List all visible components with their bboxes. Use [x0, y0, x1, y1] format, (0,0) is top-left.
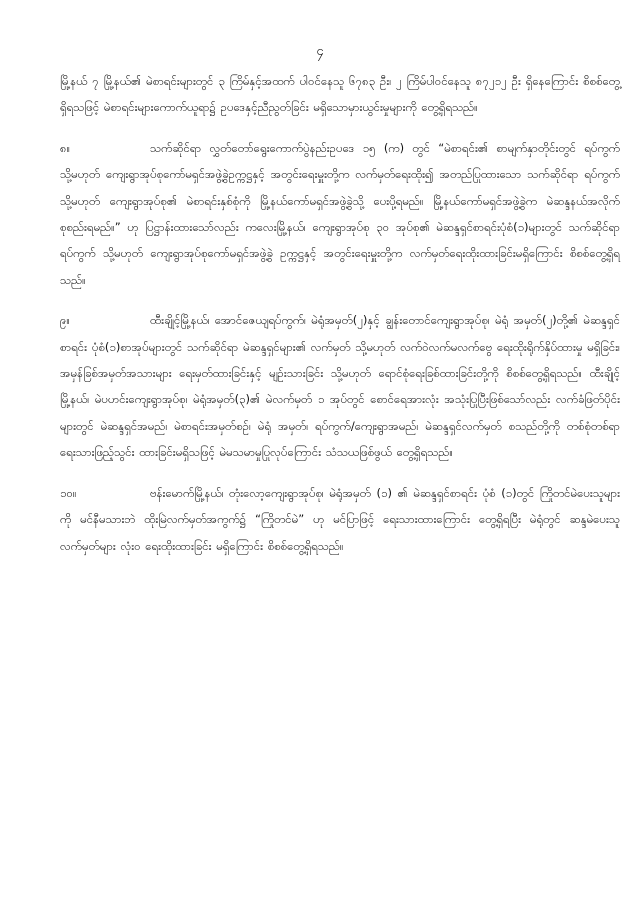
paragraph-text: သက်ဆိုင်ရာ လွှတ်တော်ရွေးကောက်ပွဲနည်းဥပဒေ…	[60, 141, 620, 287]
paragraph-number: ၈။	[60, 135, 150, 161]
document-page: ၄ မြို့နယ် ၇ မြို့နယ်၏ မဲစာရင်းများတွင် …	[0, 0, 640, 904]
paragraph-text: ထီးချိုင့်မြို့နယ်၊ အောင်ဇေယျရပ်ကွက်၊ မဲ…	[60, 313, 620, 459]
paragraph-10: ၁၀။ဗန်းမောက်မြို့နယ်၊ တုံးလော့ကျေးရွာအုပ…	[60, 480, 620, 559]
paragraph-continuation: မြို့နယ် ၇ မြို့နယ်၏ မဲစာရင်းများတွင် ၃ …	[60, 68, 620, 121]
paragraph-text: မြို့နယ် ၇ မြို့နယ်၏ မဲစာရင်းများတွင် ၃ …	[60, 74, 620, 114]
paragraph-8: ၈။သက်ဆိုင်ရာ လွှတ်တော်ရွေးကောက်ပွဲနည်းဥပ…	[60, 135, 620, 293]
paragraph-9: ၉။ထီးချိုင့်မြို့နယ်၊ အောင်ဇေယျရပ်ကွက်၊ …	[60, 307, 620, 465]
paragraph-number: ၁၀။	[60, 480, 150, 506]
paragraph-number: ၉။	[60, 307, 150, 333]
document-body: မြို့နယ် ၇ မြို့နယ်၏ မဲစာရင်းများတွင် ၃ …	[60, 68, 620, 573]
page-number: ၄	[0, 44, 640, 60]
